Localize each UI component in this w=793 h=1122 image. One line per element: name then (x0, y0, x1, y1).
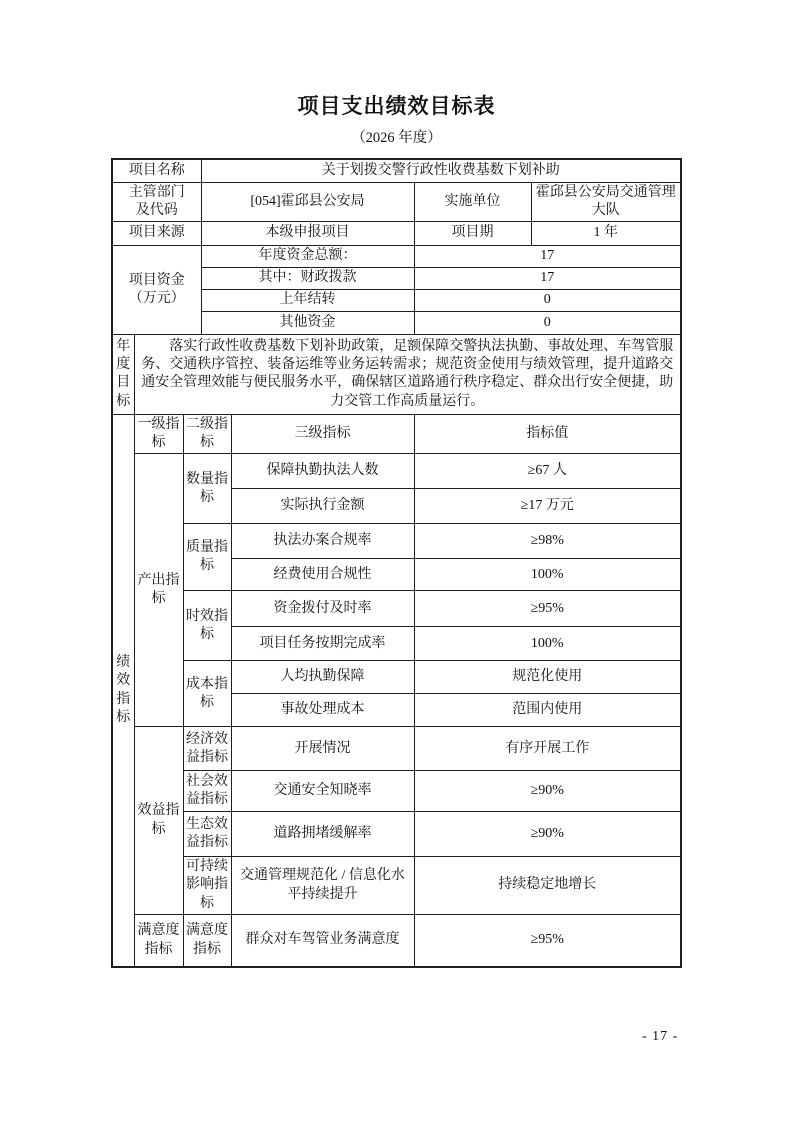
impl-unit-label: 实施单位 (414, 182, 531, 221)
period-label: 项目期 (414, 221, 531, 245)
source-value: 本级申报项目 (201, 221, 414, 245)
indicator-name-cell: 事故处理成本 (231, 694, 414, 727)
page-title: 项目支出绩效目标表 (0, 0, 793, 120)
level2-cell: 数量指标 (183, 454, 231, 524)
indicator-name-cell: 资金拨付及时率 (231, 591, 414, 627)
header-value: 指标值 (414, 414, 681, 453)
funds-label: 项目资金 （万元） (112, 245, 201, 334)
table-row: 质量指标 执法办案合规率 ≥98% (112, 524, 681, 559)
level1-cell: 产出指标 (134, 454, 183, 727)
indicator-name-cell: 道路拥堵缓解率 (231, 812, 414, 857)
table-row: 项目资金 （万元） 年度资金总额： 17 (112, 245, 681, 267)
table-row: 生态效益指标 道路拥堵缓解率 ≥90% (112, 812, 681, 857)
annual-goal-label: 年度目标 (112, 334, 134, 414)
header-level2: 二级指标 (183, 414, 231, 453)
indicator-value-cell: ≥98% (414, 524, 681, 559)
indicator-name-cell: 经费使用合规性 (231, 559, 414, 591)
indicator-value-cell: ≥90% (414, 812, 681, 857)
level2-cell: 生态效益指标 (183, 812, 231, 857)
table-row: 主管部门 及代码 [054]霍邱县公安局 实施单位 霍邱县公安局交通管理大队 (112, 182, 681, 221)
table-row: 项目名称 关于划拨交警行政性收费基数下划补助 (112, 159, 681, 182)
dept-value: [054]霍邱县公安局 (201, 182, 414, 221)
indicator-value-cell: ≥95% (414, 591, 681, 627)
level1-cell: 效益指标 (134, 727, 183, 915)
project-name-label: 项目名称 (112, 159, 201, 182)
page-subtitle: （2026 年度） (0, 126, 793, 147)
indicator-value-cell: 100% (414, 627, 681, 661)
indicator-name-cell: 交通管理规范化 / 信息化水平持续提升 (231, 857, 414, 915)
indicator-name-cell: 执法办案合规率 (231, 524, 414, 559)
source-label: 项目来源 (112, 221, 201, 245)
table-row: 产出指标 数量指标 保障执勤执法人数 ≥67 人 (112, 454, 681, 489)
header-level1: 一级指标 (134, 414, 183, 453)
performance-label: 绩效指标 (112, 414, 134, 967)
table-row: 可持续影响指标 交通管理规范化 / 信息化水平持续提升 持续稳定地增长 (112, 857, 681, 915)
level2-cell: 可持续影响指标 (183, 857, 231, 915)
table-row: 满意度指标 满意度指标 群众对车驾管业务满意度 ≥95% (112, 914, 681, 967)
fund-value: 17 (414, 245, 681, 267)
fund-item: 年度资金总额： (201, 245, 414, 267)
level2-cell: 时效指标 (183, 591, 231, 661)
indicator-name-cell: 实际执行金额 (231, 489, 414, 524)
level2-cell: 经济效益指标 (183, 727, 231, 771)
table-row: 绩效指标 一级指标 二级指标 三级指标 指标值 (112, 414, 681, 453)
document-page: 项目支出绩效目标表 （2026 年度） 项目名称 关于划拨交警行政性收费基数下划… (0, 0, 793, 1122)
indicator-value-cell: ≥17 万元 (414, 489, 681, 524)
table-row: 年度目标 落实行政性收费基数下划补助政策，足额保障交警执法执勤、事故处理、车驾管… (112, 334, 681, 414)
indicator-value-cell: 100% (414, 559, 681, 591)
indicator-value-cell: 持续稳定地增长 (414, 857, 681, 915)
table-row: 时效指标 资金拨付及时率 ≥95% (112, 591, 681, 627)
indicator-value-cell: ≥90% (414, 771, 681, 812)
indicator-value-cell: 有序开展工作 (414, 727, 681, 771)
project-name-value: 关于划拨交警行政性收费基数下划补助 (201, 159, 681, 182)
level2-cell: 质量指标 (183, 524, 231, 591)
indicator-value-cell: 规范化使用 (414, 661, 681, 694)
indicator-name-cell: 项目任务按期完成率 (231, 627, 414, 661)
indicator-value-cell: 范围内使用 (414, 694, 681, 727)
table-row: 效益指标 经济效益指标 开展情况 有序开展工作 (112, 727, 681, 771)
annual-goal-text: 落实行政性收费基数下划补助政策，足额保障交警执法执勤、事故处理、车驾管服务、交通… (134, 334, 681, 414)
fund-value: 0 (414, 311, 681, 334)
indicator-name-cell: 交通安全知晓率 (231, 771, 414, 812)
table-row: 成本指标 人均执勤保障 规范化使用 (112, 661, 681, 694)
period-value: 1 年 (531, 221, 681, 245)
impl-unit-value: 霍邱县公安局交通管理大队 (531, 182, 681, 221)
indicator-value-cell: ≥67 人 (414, 454, 681, 489)
fund-value: 17 (414, 267, 681, 289)
level2-cell: 满意度指标 (183, 914, 231, 967)
fund-item: 其中：财政拨款 (201, 267, 414, 289)
indicator-name-cell: 群众对车驾管业务满意度 (231, 914, 414, 967)
level2-cell: 成本指标 (183, 661, 231, 727)
indicator-name-cell: 保障执勤执法人数 (231, 454, 414, 489)
table-row: 项目来源 本级申报项目 项目期 1 年 (112, 221, 681, 245)
indicator-value-cell: ≥95% (414, 914, 681, 967)
indicator-name-cell: 人均执勤保障 (231, 661, 414, 694)
page-number: - 17 - (642, 1029, 678, 1045)
level1-cell: 满意度指标 (134, 914, 183, 967)
header-level3: 三级指标 (231, 414, 414, 453)
fund-value: 0 (414, 289, 681, 311)
performance-target-table: 项目名称 关于划拨交警行政性收费基数下划补助 主管部门 及代码 [054]霍邱县… (111, 158, 682, 968)
level2-cell: 社会效益指标 (183, 771, 231, 812)
indicator-name-cell: 开展情况 (231, 727, 414, 771)
dept-label: 主管部门 及代码 (112, 182, 201, 221)
fund-item: 其他资金 (201, 311, 414, 334)
fund-item: 上年结转 (201, 289, 414, 311)
table-row: 社会效益指标 交通安全知晓率 ≥90% (112, 771, 681, 812)
